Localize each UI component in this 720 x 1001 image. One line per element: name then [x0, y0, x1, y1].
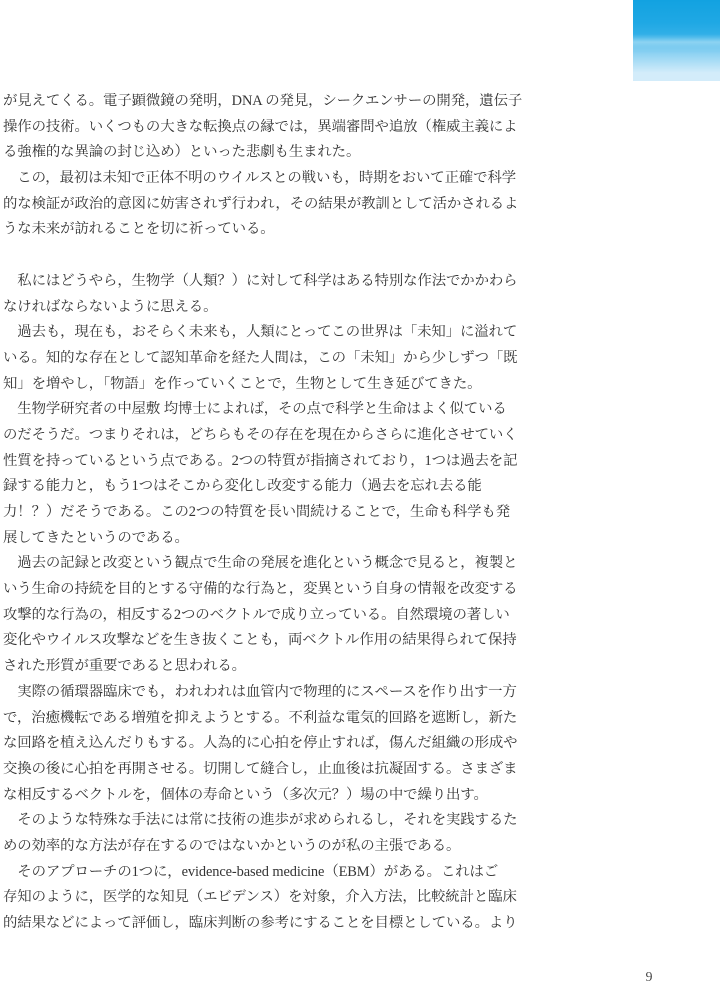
text-line: る強権的な異論の封じ込め）といった悲劇も生まれた。 [3, 140, 526, 166]
sky-photo [633, 0, 720, 81]
text-line: 的な検証が政治的意図に妨害されず行われ，その結果が教訓として活かされるよ [3, 192, 526, 218]
text-line: 過去の記録と改変という観点で生命の発展を進化という概念で見ると，複製と [3, 551, 526, 577]
text-line: 私にはどうやら，生物学（人類？）に対して科学はある特別な作法でかかわら [3, 269, 526, 295]
text-line: な相反するベクトルを，個体の寿命という（多次元？）場の中で繰り出す。 [3, 783, 526, 809]
text-line: が見えてくる。電子顕微鏡の発明，DNA の発見，シークエンサーの開発，遺伝子 [3, 89, 526, 115]
text-line: 変化やウイルス攻撃などを生き抜くことも，両ベクトル作用の結果得られて保持 [3, 628, 526, 654]
blank-line [3, 243, 526, 269]
text-line: 実際の循環器臨床でも，われわれは血管内で物理的にスペースを作り出す一方 [3, 680, 526, 706]
page-number: 9 [638, 970, 660, 986]
text-line: のだそうだ。つまりそれは，どちらもその存在を現在からさらに進化させていく [3, 423, 526, 449]
text-line: 録する能力と，もう1つはそこから変化し改変する能力（過去を忘れ去る能 [3, 474, 526, 500]
text-line: 知」を増やし，「物語」を作っていくことで，生物として生き延びてきた。 [3, 372, 526, 398]
text-line: 交換の後に心拍を再開させる。切開して縫合し，止血後は抗凝固する。さまざま [3, 757, 526, 783]
text-line: うな未来が訪れることを切に祈っている。 [3, 217, 526, 243]
document-page: が見えてくる。電子顕微鏡の発明，DNA の発見，シークエンサーの開発，遺伝子操作… [0, 0, 720, 1001]
text-line: 操作の技術。いくつもの大きな転換点の縁では，異端審問や追放（権威主義によ [3, 115, 526, 141]
text-line: な回路を植え込んだりもする。人為的に心拍を停止すれば，傷んだ組織の形成や [3, 731, 526, 757]
text-line: 存知のように，医学的な知見（エビデンス）を対象，介入方法，比較統計と臨床 [3, 885, 526, 911]
text-line: いう生命の持続を目的とする守備的な行為と，変異という自身の情報を改変する [3, 577, 526, 603]
text-line: 生物学研究者の中屋敷 均博士によれば，その点で科学と生命はよく似ている [3, 397, 526, 423]
text-line: なければならないように思える。 [3, 295, 526, 321]
text-line: そのような特殊な手法には常に技術の進歩が求められるし，それを実践するた [3, 808, 526, 834]
text-line: された形質が重要であると思われる。 [3, 654, 526, 680]
text-line: そのアプローチの1つに，evidence-based medicine（EBM）… [3, 860, 526, 886]
text-line: めの効率的な方法が存在するのではないかというのが私の主張である。 [3, 834, 526, 860]
text-line: 過去も，現在も，おそらく未来も，人類にとってこの世界は「未知」に溢れて [3, 320, 526, 346]
text-line: 展してきたというのである。 [3, 526, 526, 552]
body-text: が見えてくる。電子顕微鏡の発明，DNA の発見，シークエンサーの開発，遺伝子操作… [3, 89, 526, 937]
text-line: この，最初は未知で正体不明のウイルスとの戦いも，時期をおいて正確で科学 [3, 166, 526, 192]
text-line: 性質を持っているという点である。2つの特質が指摘されており，1つは過去を記 [3, 449, 526, 475]
text-line: で，治癒機転である増殖を抑えようとする。不利益な電気的回路を遮断し，新た [3, 706, 526, 732]
text-line: 的結果などによって評価し，臨床判断の参考にすることを目標としている。より [3, 911, 526, 937]
text-line: いる。知的な存在として認知革命を経た人間は，この「未知」から少しずつ「既 [3, 346, 526, 372]
text-line: 力！？）だそうである。この2つの特質を長い間続けることで，生命も科学も発 [3, 500, 526, 526]
text-line: 攻撃的な行為の，相反する2つのベクトルで成り立っている。自然環境の著しい [3, 603, 526, 629]
